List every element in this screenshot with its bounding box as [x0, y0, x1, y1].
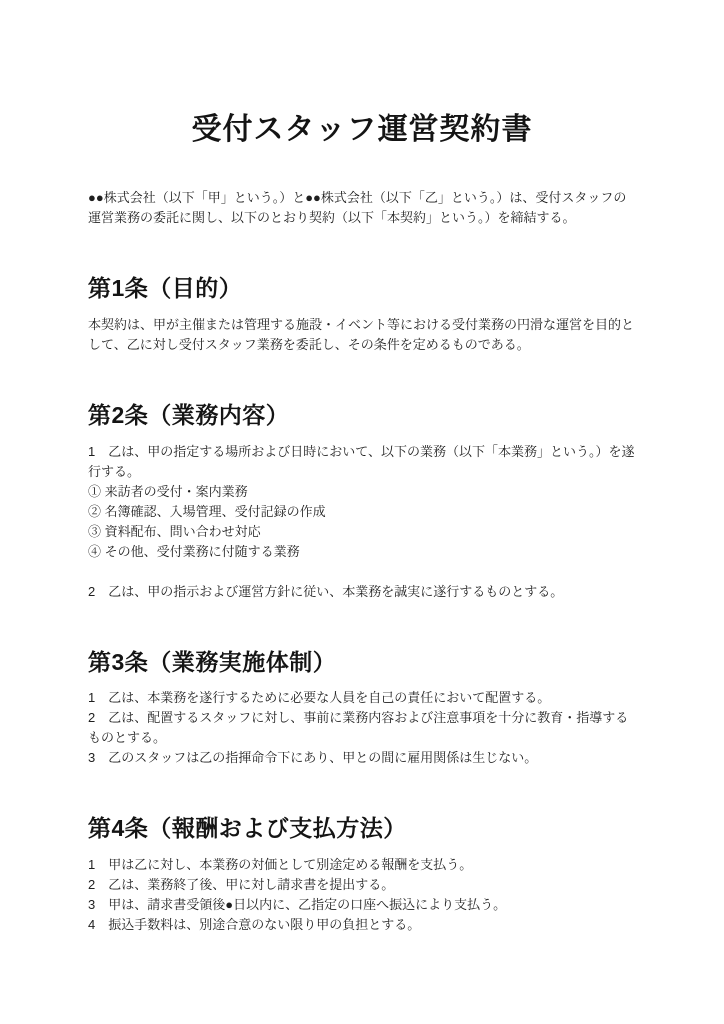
article-section-4: 第4条（報酬および支払方法） 1 甲は乙に対し、本業務の対価として別途定める報酬…: [88, 814, 636, 935]
article-4-clause-1: 1 甲は乙に対し、本業務の対価として別途定める報酬を支払う。: [88, 855, 636, 875]
article-3-heading: 第3条（業務実施体制）: [88, 648, 636, 677]
preamble-paragraph: ●●株式会社（以下「甲」という。）と●●株式会社（以下「乙」という。）は、受付ス…: [88, 188, 636, 228]
article-3-clause-1: 1 乙は、本業務を遂行するために必要な人員を自己の責任において配置する。: [88, 688, 636, 708]
article-2-list-item-2: ② 名簿確認、入場管理、受付記録の作成: [88, 502, 636, 522]
article-1-paragraph: 本契約は、甲が主催または管理する施設・イベント等における受付業務の円滑な運営を目…: [88, 315, 636, 355]
article-2-list-item-3: ③ 資料配布、問い合わせ対応: [88, 522, 636, 542]
article-4-clause-2: 2 乙は、業務終了後、甲に対し請求書を提出する。: [88, 875, 636, 895]
article-2-list-item-4: ④ その他、受付業務に付随する業務: [88, 542, 636, 562]
document-title: 受付スタッフ運営契約書: [88, 112, 636, 148]
article-2-clause-1: 1 乙は、甲の指定する場所および日時において、以下の業務（以下「本業務」という。…: [88, 442, 636, 482]
article-2-list-item-1: ① 来訪者の受付・案内業務: [88, 482, 636, 502]
article-section-1: 第1条（目的） 本契約は、甲が主催または管理する施設・イベント等における受付業務…: [88, 274, 636, 355]
article-4-clause-4: 4 振込手数料は、別途合意のない限り甲の負担とする。: [88, 915, 636, 935]
article-section-2: 第2条（業務内容） 1 乙は、甲の指定する場所および日時において、以下の業務（以…: [88, 401, 636, 602]
article-2-clause-2: 2 乙は、甲の指示および運営方針に従い、本業務を誠実に遂行するものとする。: [88, 582, 636, 602]
article-3-clause-3: 3 乙のスタッフは乙の指揮命令下にあり、甲との間に雇用関係は生じない。: [88, 748, 636, 768]
article-4-clause-3: 3 甲は、請求書受領後●日以内に、乙指定の口座へ振込により支払う。: [88, 895, 636, 915]
article-1-heading: 第1条（目的）: [88, 274, 636, 303]
article-4-heading: 第4条（報酬および支払方法）: [88, 814, 636, 843]
article-section-3: 第3条（業務実施体制） 1 乙は、本業務を遂行するために必要な人員を自己の責任に…: [88, 648, 636, 769]
article-2-heading: 第2条（業務内容）: [88, 401, 636, 430]
article-3-clause-2: 2 乙は、配置するスタッフに対し、事前に業務内容および注意事項を十分に教育・指導…: [88, 708, 636, 748]
contract-document-page: 受付スタッフ運営契約書 ●●株式会社（以下「甲」という。）と●●株式会社（以下「…: [0, 0, 724, 1024]
